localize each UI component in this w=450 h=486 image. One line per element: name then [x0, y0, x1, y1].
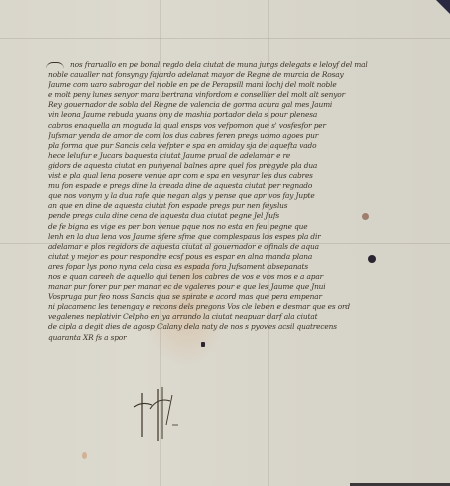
text-line: Jufsmar yenda de amor de com los dus cab… — [48, 131, 408, 141]
ink-blot — [201, 342, 205, 347]
letter-body: nos fraruallo en pe bonal regdo dela ciu… — [48, 60, 408, 343]
text-line: noble caualler nat fonsyngy fajardo adel… — [48, 70, 408, 80]
text-line: manar pur forer pur per manar ec de vgal… — [48, 282, 408, 292]
text-line: nos fraruallo en pe bonal regdo dela ciu… — [48, 60, 408, 70]
paper-stain — [82, 452, 87, 459]
text-line: gidors de aquesta ciutat en punyenal bal… — [48, 161, 408, 171]
text-line: e molt peny lunes senyor mara bertrana v… — [48, 90, 408, 100]
fold-line — [0, 38, 450, 39]
text-line: Jaume com uaro sabrogar del noble en pe … — [48, 80, 408, 90]
text-line: Vospruga pur feo noss Sancis qua se spir… — [48, 292, 408, 302]
text-line: cabros enaquella an moguda la qual ensps… — [48, 121, 408, 131]
text-line: de cipla a degit dies de agosp Calany de… — [48, 322, 408, 332]
text-line: de fe bigna es vige es per bon venue pqu… — [48, 222, 408, 232]
text-line: pende pregs cula dine cena de aquesta du… — [48, 211, 408, 221]
text-line: adelamar e plos regidors de aquesta ciut… — [48, 242, 408, 252]
text-line: quaranta XR fs a spor — [48, 333, 408, 343]
text-line: lenh en la dua lena vos Jaume sfere sfme… — [48, 232, 408, 242]
page-corner — [436, 0, 450, 14]
text-line: pla forma que pur Sancis cela vefpter e … — [48, 141, 408, 151]
text-line: vist e pla qual lena posere venue apr co… — [48, 171, 408, 181]
text-line: mu fon espade e pregs dine la creada din… — [48, 181, 408, 191]
text-line: ciutat y mejor es pour respondre ecsf po… — [48, 252, 408, 262]
signature-mark — [128, 385, 188, 445]
text-line: ni placamenc les tenengay e recons dels … — [48, 302, 408, 312]
text-line: vin leona Jaume rebuda yuans ony de mash… — [48, 110, 408, 120]
manuscript-page: nos fraruallo en pe bonal regdo dela ciu… — [0, 0, 450, 486]
text-line: que nos vonym y la dua rafe que negan al… — [48, 191, 408, 201]
text-line: hece lelufur e Jucars baquesta ciutat Ja… — [48, 151, 408, 161]
text-line: ares fopar lys pono nyna cela casa es es… — [48, 262, 408, 272]
text-line: vegalenes neplativir Celpho en ya arrand… — [48, 312, 408, 322]
text-line: Rey gouernador de sobla del Regne de val… — [48, 100, 408, 110]
text-line: an que en dine de aquesta ciutat fon esp… — [48, 201, 408, 211]
text-line: nos e quan careeh de aquello qui tenen l… — [48, 272, 408, 282]
